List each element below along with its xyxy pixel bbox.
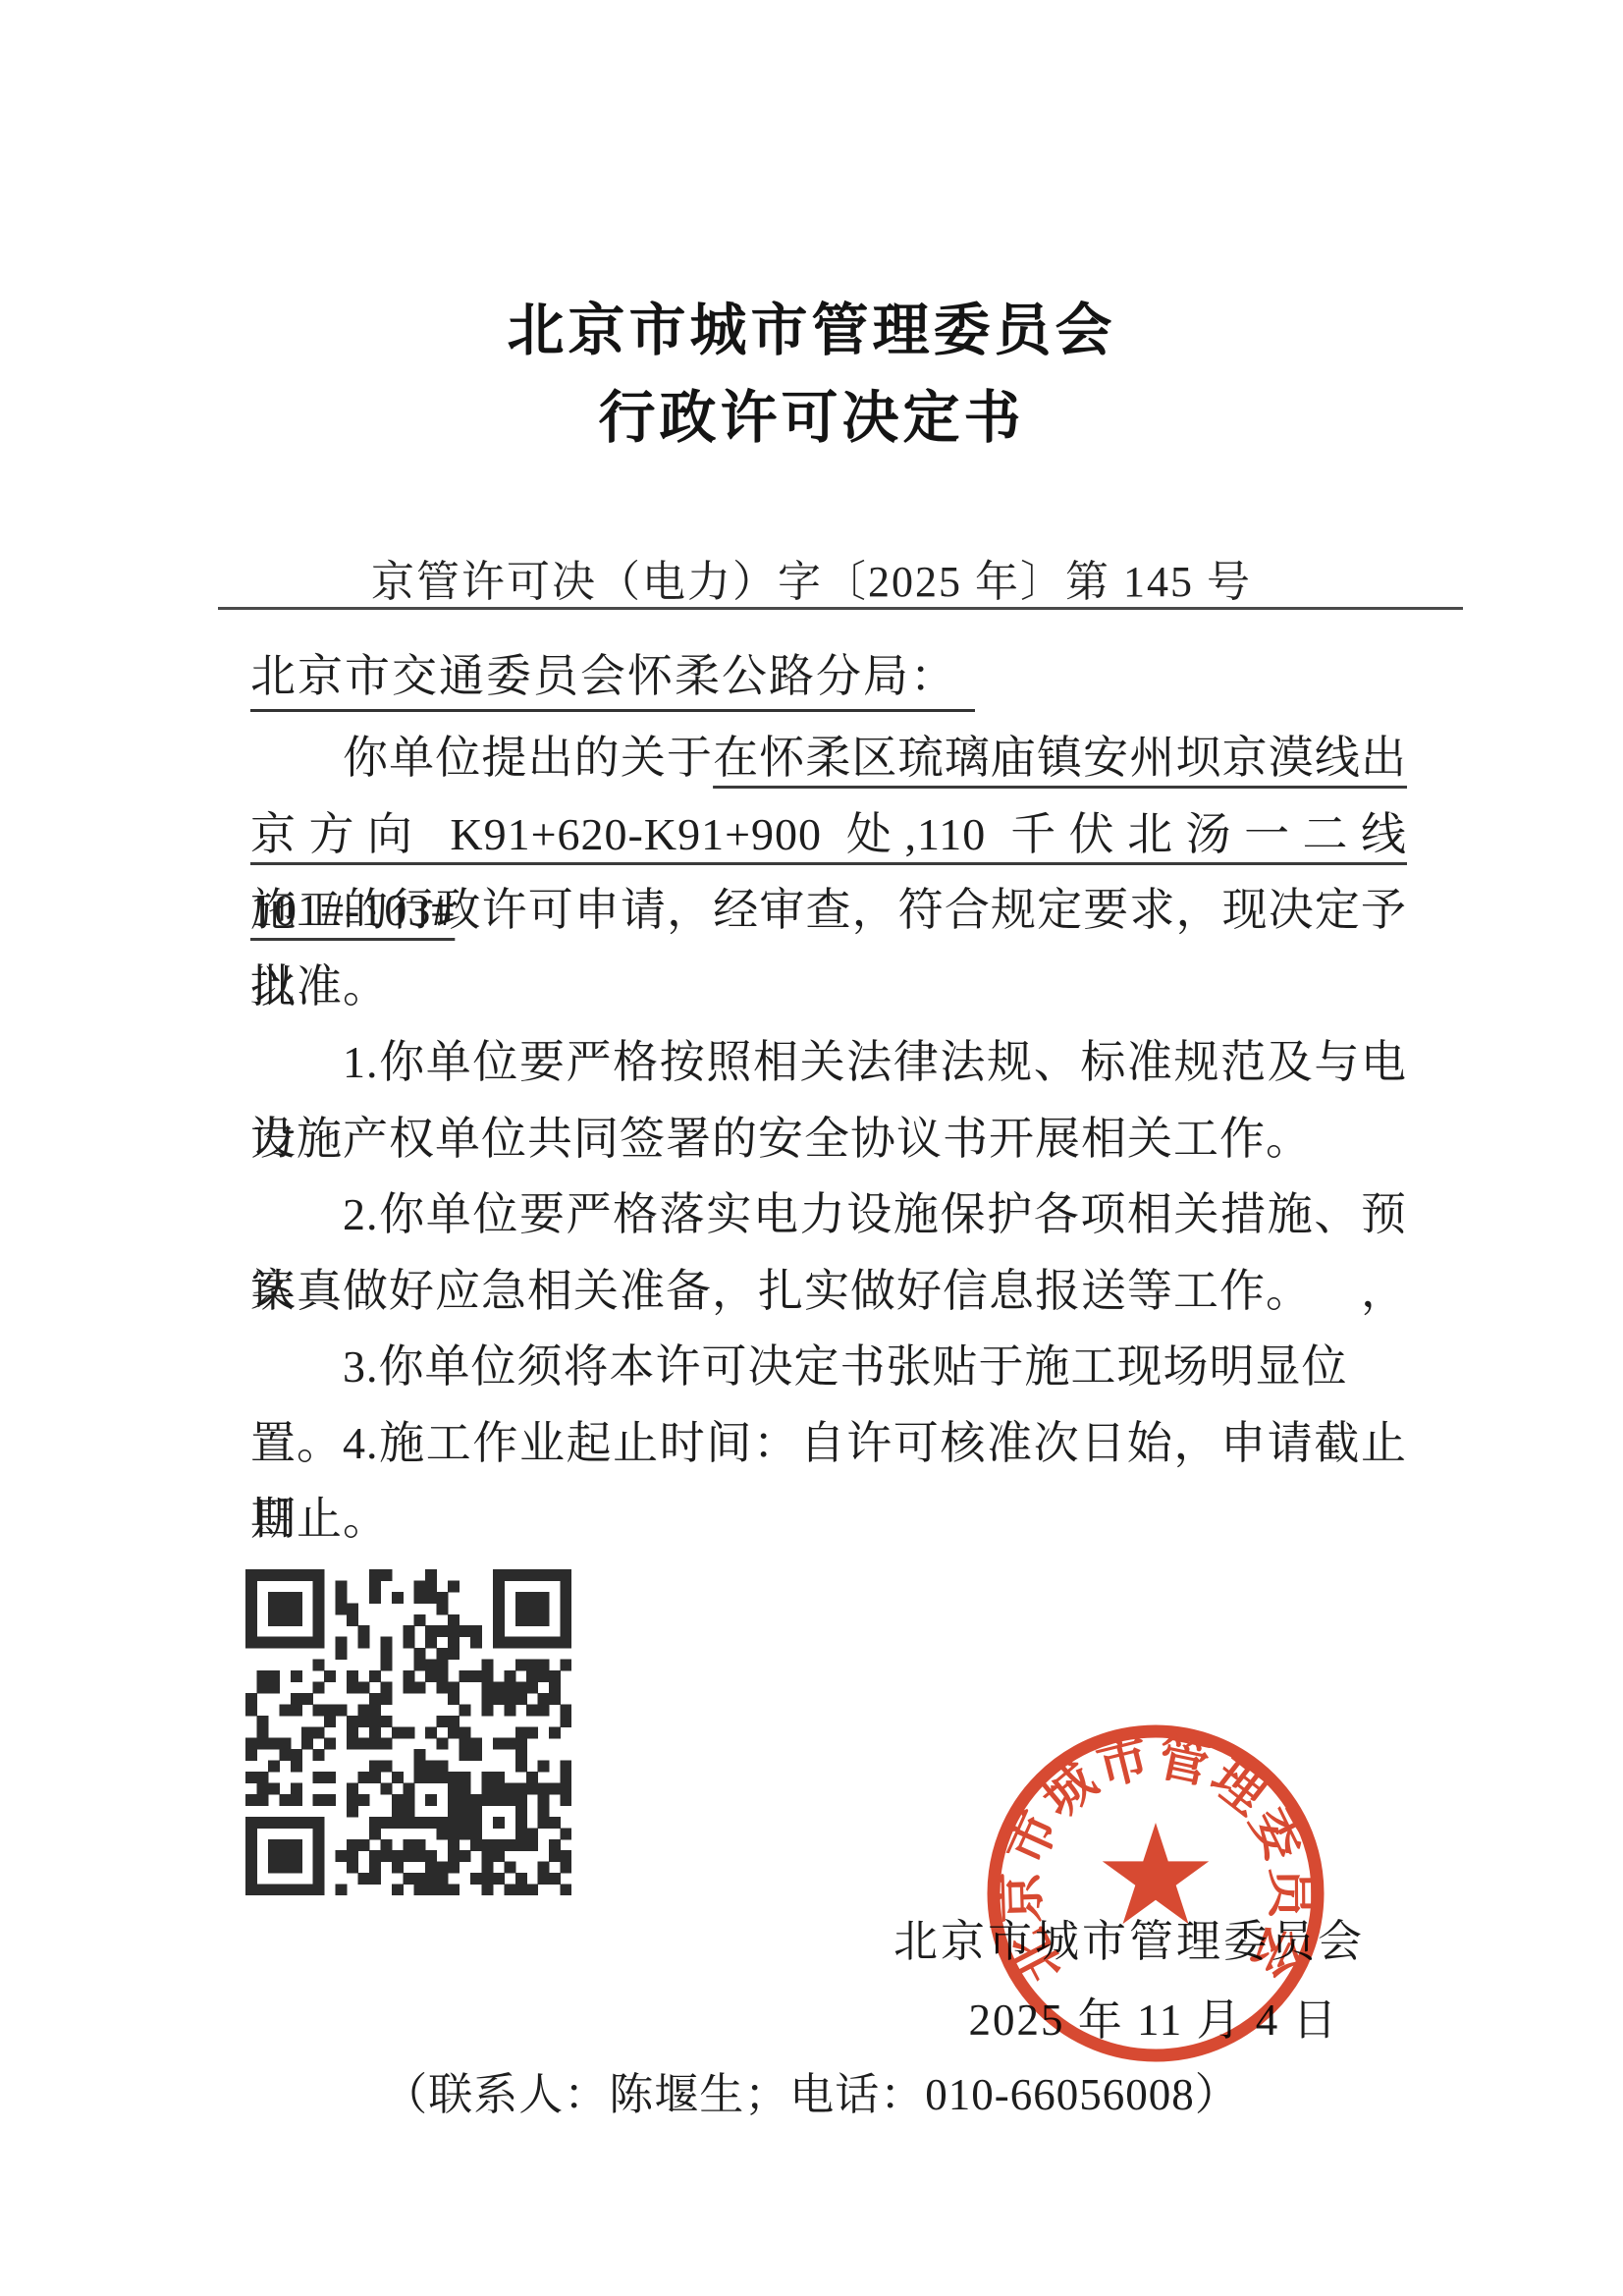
- qr-module: [460, 1783, 471, 1795]
- qr-module: [279, 1794, 291, 1806]
- qr-module: [313, 1726, 325, 1738]
- qr-module: [414, 1648, 426, 1660]
- qr-module: [437, 1625, 449, 1637]
- qr-module: [470, 1749, 482, 1761]
- qr-module: [526, 1704, 538, 1716]
- document-title: 北京市城市管理委员会 行政许可决定书: [0, 287, 1623, 462]
- qr-module: [403, 1850, 414, 1862]
- qr-module: [291, 1704, 302, 1716]
- qr-module: [245, 1580, 257, 1592]
- qr-module: [324, 1704, 336, 1716]
- qr-module: [425, 1637, 437, 1649]
- qr-module: [504, 1885, 515, 1895]
- qr-module: [357, 1681, 369, 1693]
- qr-module: [504, 1569, 515, 1581]
- qr-module: [268, 1681, 280, 1693]
- qr-module: [470, 1839, 482, 1851]
- qr-module: [561, 1885, 571, 1895]
- qr-module: [549, 1850, 561, 1862]
- qr-module: [561, 1569, 571, 1581]
- qr-module: [561, 1625, 571, 1637]
- qr-module: [515, 1761, 527, 1773]
- qr-module: [403, 1783, 414, 1795]
- qr-module: [481, 1783, 493, 1795]
- qr-module: [256, 1670, 268, 1682]
- qr-module: [369, 1726, 381, 1738]
- qr-module: [526, 1592, 538, 1604]
- qr-module: [526, 1660, 538, 1671]
- qr-module: [369, 1873, 381, 1885]
- qr-module: [380, 1738, 392, 1750]
- qr-module: [380, 1681, 392, 1693]
- qr-module: [347, 1681, 358, 1693]
- qr-module: [437, 1761, 449, 1773]
- qr-module: [448, 1693, 460, 1705]
- qr-module: [425, 1885, 437, 1895]
- qr-module: [245, 1873, 257, 1885]
- qr-module: [504, 1693, 515, 1705]
- qr-module: [380, 1839, 392, 1851]
- qr-module: [336, 1704, 348, 1716]
- qr-module: [380, 1569, 392, 1581]
- qr-module: [357, 1772, 369, 1783]
- qr-module: [470, 1873, 482, 1885]
- qr-module: [493, 1772, 505, 1783]
- qr-module: [357, 1839, 369, 1851]
- qr-module: [369, 1580, 381, 1592]
- title-line-1: 北京市城市管理委员会: [0, 287, 1623, 374]
- qr-module: [336, 1648, 348, 1660]
- qr-module: [256, 1772, 268, 1783]
- qr-module: [493, 1873, 505, 1885]
- qr-module: [504, 1681, 515, 1693]
- qr-module: [448, 1839, 460, 1851]
- qr-module: [460, 1817, 471, 1829]
- qr-module: [561, 1580, 571, 1592]
- qr-module: [504, 1794, 515, 1806]
- qr-module: [380, 1693, 392, 1705]
- qr-module: [403, 1670, 414, 1682]
- qr-module: [313, 1885, 325, 1895]
- qr-module: [515, 1794, 527, 1806]
- qr-module: [369, 1817, 381, 1829]
- qr-module: [347, 1716, 358, 1727]
- qr-module: [313, 1660, 325, 1671]
- qr-module: [437, 1592, 449, 1604]
- qr-module: [561, 1592, 571, 1604]
- qr-module: [481, 1670, 493, 1682]
- body-segment-underlined: 施工: [250, 885, 343, 935]
- qr-module: [538, 1670, 550, 1682]
- qr-module: [493, 1693, 505, 1705]
- body-line: 4.施工作业起止时间：自许可核准次日始，申请截止日: [250, 1405, 1407, 1482]
- qr-module: [357, 1794, 369, 1806]
- qr-module: [245, 1625, 257, 1637]
- body-text: 你单位提出的关于在怀柔区琉璃庙镇安州坝京漠线出京方向 K91+620-K91+9…: [250, 720, 1407, 1558]
- qr-module: [279, 1637, 291, 1649]
- qr-module: [515, 1817, 527, 1829]
- qr-module: [347, 1794, 358, 1806]
- qr-module: [549, 1783, 561, 1795]
- qr-module: [526, 1726, 538, 1738]
- contact-line: （联系人：陈堰生；电话：010-66056008）: [0, 2066, 1623, 2123]
- qr-module: [493, 1839, 505, 1851]
- qr-module: [245, 1693, 257, 1705]
- qr-module: [256, 1817, 268, 1829]
- qr-module: [380, 1648, 392, 1660]
- qr-module: [425, 1761, 437, 1773]
- body-line: 施工的行政许可申请，经审查，符合规定要求，现决定予以: [250, 872, 1407, 949]
- qr-module: [515, 1592, 527, 1604]
- qr-module: [549, 1817, 561, 1829]
- qr-module: [392, 1885, 404, 1895]
- qr-module: [268, 1862, 280, 1874]
- qr-module: [493, 1637, 505, 1649]
- qr-module: [493, 1625, 505, 1637]
- qr-module: [313, 1637, 325, 1649]
- qr-module: [481, 1693, 493, 1705]
- qr-module: [504, 1839, 515, 1851]
- qr-module: [347, 1805, 358, 1817]
- qr-module: [403, 1681, 414, 1693]
- qr-module: [460, 1805, 471, 1817]
- qr-module: [336, 1603, 348, 1614]
- qr-module: [470, 1805, 482, 1817]
- qr-module: [515, 1660, 527, 1671]
- qr-module: [504, 1704, 515, 1716]
- qr-module: [291, 1839, 302, 1851]
- qr-module: [268, 1839, 280, 1851]
- qr-module: [437, 1817, 449, 1829]
- qr-module: [291, 1637, 302, 1649]
- qr-module: [448, 1828, 460, 1839]
- qr-module: [301, 1817, 313, 1829]
- qr-module: [470, 1817, 482, 1829]
- qr-module: [425, 1817, 437, 1829]
- qr-module: [493, 1569, 505, 1581]
- qr-module: [538, 1794, 550, 1806]
- qr-module: [279, 1592, 291, 1604]
- qr-module: [460, 1850, 471, 1862]
- qr-module: [245, 1704, 257, 1716]
- body-segment: 批准。: [250, 961, 389, 1011]
- qr-module: [538, 1603, 550, 1614]
- qr-module: [493, 1783, 505, 1795]
- qr-module: [549, 1873, 561, 1885]
- qr-module: [493, 1817, 505, 1829]
- qr-module: [380, 1716, 392, 1727]
- qr-module: [392, 1726, 404, 1738]
- qr-module: [561, 1716, 571, 1727]
- qr-module: [515, 1783, 527, 1795]
- qr-module: [403, 1726, 414, 1738]
- qr-module: [448, 1580, 460, 1592]
- qr-module: [279, 1603, 291, 1614]
- qr-module: [256, 1738, 268, 1750]
- qr-module: [256, 1794, 268, 1806]
- qr-module: [515, 1569, 527, 1581]
- qr-module: [256, 1637, 268, 1649]
- qr-module: [268, 1885, 280, 1895]
- qr-module: [526, 1670, 538, 1682]
- body-line: 设施产权单位共同签署的安全协议书开展相关工作。: [250, 1101, 1407, 1177]
- qr-module: [538, 1637, 550, 1649]
- qr-module: [448, 1817, 460, 1829]
- qr-module: [380, 1783, 392, 1795]
- qr-module: [369, 1592, 381, 1604]
- qr-module: [268, 1592, 280, 1604]
- qr-module: [470, 1794, 482, 1806]
- qr-module: [549, 1670, 561, 1682]
- qr-module: [515, 1828, 527, 1839]
- qr-module: [425, 1772, 437, 1783]
- qr-module: [380, 1761, 392, 1773]
- qr-module: [437, 1648, 449, 1660]
- qr-module: [313, 1704, 325, 1716]
- qr-module: [369, 1569, 381, 1581]
- qr-module: [414, 1749, 426, 1761]
- qr-module: [369, 1862, 381, 1874]
- qr-module: [380, 1850, 392, 1862]
- qr-module: [245, 1850, 257, 1862]
- qr-module: [313, 1794, 325, 1806]
- qr-module: [357, 1873, 369, 1885]
- qr-module: [392, 1817, 404, 1829]
- qr-module: [504, 1738, 515, 1750]
- qr-module: [448, 1850, 460, 1862]
- qr-module: [313, 1828, 325, 1839]
- qr-module: [538, 1592, 550, 1604]
- qr-module: [515, 1805, 527, 1817]
- qr-module: [301, 1726, 313, 1738]
- body-line: 1.你单位要严格按照相关法律法规、标准规范及与电力: [250, 1024, 1407, 1101]
- qr-module: [414, 1614, 426, 1626]
- qr-module: [460, 1625, 471, 1637]
- qr-module: [357, 1704, 369, 1716]
- qr-module: [561, 1704, 571, 1716]
- qr-module: [549, 1681, 561, 1693]
- qr-module: [414, 1580, 426, 1592]
- qr-module: [526, 1614, 538, 1626]
- qr-module: [549, 1693, 561, 1705]
- qr-module: [448, 1862, 460, 1874]
- qr-module: [493, 1580, 505, 1592]
- qr-module: [403, 1805, 414, 1817]
- qr-module: [448, 1783, 460, 1795]
- qr-module: [561, 1603, 571, 1614]
- qr-module: [336, 1850, 348, 1862]
- body-line: 2.你单位要严格落实电力设施保护各项相关措施、预案，: [250, 1176, 1407, 1253]
- qr-module: [448, 1726, 460, 1738]
- qr-module: [481, 1660, 493, 1671]
- body-segment: 期止。: [250, 1494, 389, 1544]
- qr-module: [369, 1693, 381, 1705]
- qr-module: [515, 1637, 527, 1649]
- qr-module: [414, 1817, 426, 1829]
- qr-module: [245, 1614, 257, 1626]
- qr-module: [515, 1873, 527, 1885]
- qr-module: [268, 1603, 280, 1614]
- qr-module: [515, 1839, 527, 1851]
- qr-module: [245, 1828, 257, 1839]
- qr-module: [538, 1693, 550, 1705]
- qr-module: [268, 1850, 280, 1862]
- star-icon: [1103, 1823, 1209, 1924]
- qr-module: [245, 1603, 257, 1614]
- qr-module: [245, 1772, 257, 1783]
- qr-module: [347, 1670, 358, 1682]
- qr-module: [313, 1862, 325, 1874]
- qr-module: [538, 1660, 550, 1671]
- qr-module: [369, 1738, 381, 1750]
- qr-module: [279, 1839, 291, 1851]
- qr-module: [460, 1772, 471, 1783]
- qr-module: [425, 1873, 437, 1885]
- qr-module: [515, 1749, 527, 1761]
- qr-module: [493, 1592, 505, 1604]
- qr-module: [279, 1704, 291, 1716]
- qr-module: [313, 1817, 325, 1829]
- qr-module: [481, 1839, 493, 1851]
- qr-module: [301, 1569, 313, 1581]
- body-segment: 设施产权单位共同签署的安全协议书开展相关工作。: [250, 1114, 1312, 1164]
- qr-module: [380, 1817, 392, 1829]
- qr-module: [347, 1783, 358, 1795]
- qr-module: [279, 1885, 291, 1895]
- qr-module: [313, 1873, 325, 1885]
- qr-module: [414, 1873, 426, 1885]
- qr-module: [357, 1637, 369, 1649]
- qr-module: [481, 1704, 493, 1716]
- qr-module: [504, 1670, 515, 1682]
- qr-module: [313, 1839, 325, 1851]
- qr-module: [414, 1761, 426, 1773]
- body-segment: 认真做好应急相关准备，扎实做好信息报送等工作。: [250, 1266, 1312, 1316]
- qr-module: [403, 1873, 414, 1885]
- qr-module: [324, 1670, 336, 1682]
- qr-module: [460, 1749, 471, 1761]
- qr-module: [291, 1862, 302, 1874]
- qr-module: [425, 1592, 437, 1604]
- qr-module: [403, 1794, 414, 1806]
- qr-module: [460, 1828, 471, 1839]
- qr-module: [561, 1850, 571, 1862]
- qr-module: [392, 1794, 404, 1806]
- qr-module: [369, 1828, 381, 1839]
- qr-module: [425, 1794, 437, 1806]
- qr-module: [279, 1569, 291, 1581]
- qr-module: [561, 1783, 571, 1795]
- qr-module: [313, 1681, 325, 1693]
- qr-module: [279, 1614, 291, 1626]
- qr-module: [347, 1839, 358, 1851]
- qr-module: [291, 1817, 302, 1829]
- qr-module: [549, 1637, 561, 1649]
- qr-module: [437, 1660, 449, 1671]
- qr-module: [504, 1862, 515, 1874]
- qr-module: [414, 1839, 426, 1851]
- qr-module: [392, 1592, 404, 1604]
- body-line: 3.你单位须将本许可决定书张贴于施工现场明显位置。: [250, 1329, 1407, 1405]
- qr-module: [256, 1726, 268, 1738]
- qr-module: [291, 1569, 302, 1581]
- qr-module: [301, 1885, 313, 1895]
- qr-module: [245, 1637, 257, 1649]
- qr-module: [561, 1862, 571, 1874]
- qr-module: [291, 1592, 302, 1604]
- qr-module: [324, 1738, 336, 1750]
- qr-module: [437, 1716, 449, 1727]
- qr-module: [437, 1670, 449, 1682]
- qr-module: [291, 1794, 302, 1806]
- qr-module: [347, 1603, 358, 1614]
- qr-module: [414, 1681, 426, 1693]
- qr-module: [347, 1726, 358, 1738]
- body-line: 京方向 K91+620-K91+900 处,110 千伏北汤一二线 101#-1…: [250, 796, 1407, 873]
- qr-module: [515, 1726, 527, 1738]
- qr-module: [538, 1569, 550, 1581]
- qr-module: [493, 1603, 505, 1614]
- qr-module: [470, 1637, 482, 1649]
- title-line-2: 行政许可决定书: [0, 374, 1623, 462]
- recipient-text: 北京市交通委员会怀柔公路分局：: [250, 651, 975, 712]
- qr-module: [515, 1603, 527, 1614]
- body-segment: 你单位提出的关于: [343, 733, 713, 783]
- official-seal: 北京市城市管理委员会: [986, 1723, 1325, 2063]
- doc-number-rule: [218, 607, 1463, 610]
- qr-module: [256, 1716, 268, 1727]
- qr-module: [549, 1569, 561, 1581]
- body-line: 批准。: [250, 949, 1407, 1025]
- qr-module: [403, 1637, 414, 1649]
- qr-module: [392, 1772, 404, 1783]
- qr-module: [425, 1670, 437, 1682]
- qr-module: [481, 1681, 493, 1693]
- qr-module: [301, 1738, 313, 1750]
- qr-module: [245, 1749, 257, 1761]
- qr-code: [245, 1569, 571, 1895]
- qr-module: [526, 1681, 538, 1693]
- qr-module: [291, 1603, 302, 1614]
- qr-module: [403, 1625, 414, 1637]
- qr-module: [369, 1772, 381, 1783]
- qr-module: [470, 1828, 482, 1839]
- qr-module: [515, 1738, 527, 1750]
- qr-module: [448, 1614, 460, 1626]
- qr-module: [549, 1839, 561, 1851]
- body-line: 期止。: [250, 1481, 1407, 1558]
- qr-module: [460, 1794, 471, 1806]
- qr-module: [448, 1681, 460, 1693]
- qr-module: [437, 1603, 449, 1614]
- qr-module: [470, 1738, 482, 1750]
- qr-module: [291, 1614, 302, 1626]
- qr-module: [313, 1603, 325, 1614]
- qr-module: [336, 1580, 348, 1592]
- qr-module: [369, 1670, 381, 1682]
- qr-module: [526, 1569, 538, 1581]
- qr-module: [448, 1794, 460, 1806]
- qr-module: [538, 1704, 550, 1716]
- body-segment-underlined: 在怀柔区琉璃庙镇安州坝京漠线出: [713, 733, 1407, 783]
- qr-module: [357, 1738, 369, 1750]
- qr-module: [526, 1828, 538, 1839]
- qr-module: [256, 1783, 268, 1795]
- qr-module: [549, 1726, 561, 1738]
- qr-module: [313, 1614, 325, 1626]
- qr-module: [437, 1738, 449, 1750]
- qr-module: [313, 1749, 325, 1761]
